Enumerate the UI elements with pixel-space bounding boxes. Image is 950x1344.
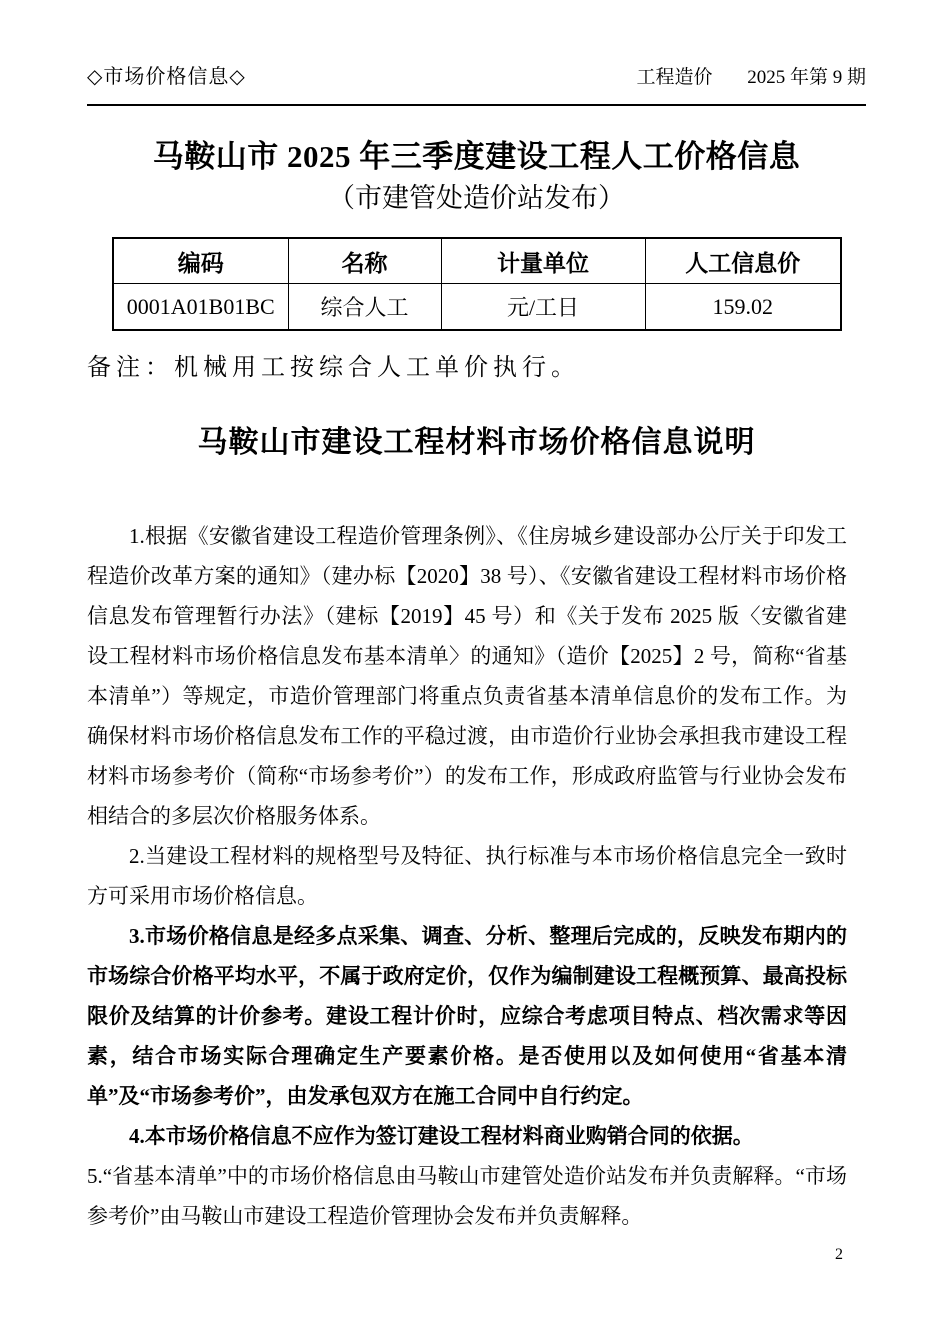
labor-price-table: 编码 名称 计量单位 人工信息价 0001A01B01BC 综合人工 元/工日 … (112, 237, 842, 331)
table-row: 0001A01B01BC 综合人工 元/工日 159.02 (113, 284, 841, 331)
paragraph-2: 2.当建设工程材料的规格型号及特征、执行标准与本市场价格信息完全一致时方可采用市… (87, 836, 847, 916)
cell-price: 159.02 (645, 284, 841, 331)
col-header-price: 人工信息价 (645, 238, 841, 284)
table-header-row: 编码 名称 计量单位 人工信息价 (113, 238, 841, 284)
material-notes-body: 1.根据《安徽省建设工程造价管理条例》、《住房城乡建设部办公厅关于印发工程造价改… (87, 516, 847, 1236)
col-header-code: 编码 (113, 238, 288, 284)
cell-code: 0001A01B01BC (113, 284, 288, 331)
issue-number: 2025 年第 9 期 (747, 67, 866, 88)
header-issue-info: 工程造价 2025 年第 9 期 (636, 62, 866, 89)
page-number: 2 (835, 1246, 843, 1264)
document-page: ◇市场价格信息◇ 工程造价 2025 年第 9 期 马鞍山市 2025 年三季度… (0, 0, 950, 1344)
paragraph-1: 1.根据《安徽省建设工程造价管理条例》、《住房城乡建设部办公厅关于印发工程造价改… (87, 516, 847, 836)
header-section-label: ◇市场价格信息◇ (87, 60, 246, 89)
col-header-name: 名称 (288, 238, 441, 284)
material-notes-title: 马鞍山市建设工程材料市场价格信息说明 (87, 422, 866, 464)
table-remark: 备注：机械用工按综合人工单价执行。 (87, 352, 866, 384)
labor-price-subtitle: （市建管处造价站发布） (87, 180, 866, 216)
labor-price-title: 马鞍山市 2025 年三季度建设工程人工价格信息 (87, 136, 866, 178)
paragraph-5: 5.“省基本清单”中的市场价格信息由马鞍山市建管处造价站发布并负责解释。“市场参… (87, 1156, 847, 1236)
journal-name: 工程造价 (636, 67, 712, 88)
paragraph-3: 3.市场价格信息是经多点采集、调查、分析、整理后完成的，反映发布期内的市场综合价… (87, 916, 847, 1116)
paragraph-4: 4.本市场价格信息不应作为签订建设工程材料商业购销合同的依据。 (87, 1116, 847, 1156)
running-header: ◇市场价格信息◇ 工程造价 2025 年第 9 期 (87, 60, 866, 106)
cell-unit: 元/工日 (441, 284, 645, 331)
cell-name: 综合人工 (288, 284, 441, 331)
col-header-unit: 计量单位 (441, 238, 645, 284)
